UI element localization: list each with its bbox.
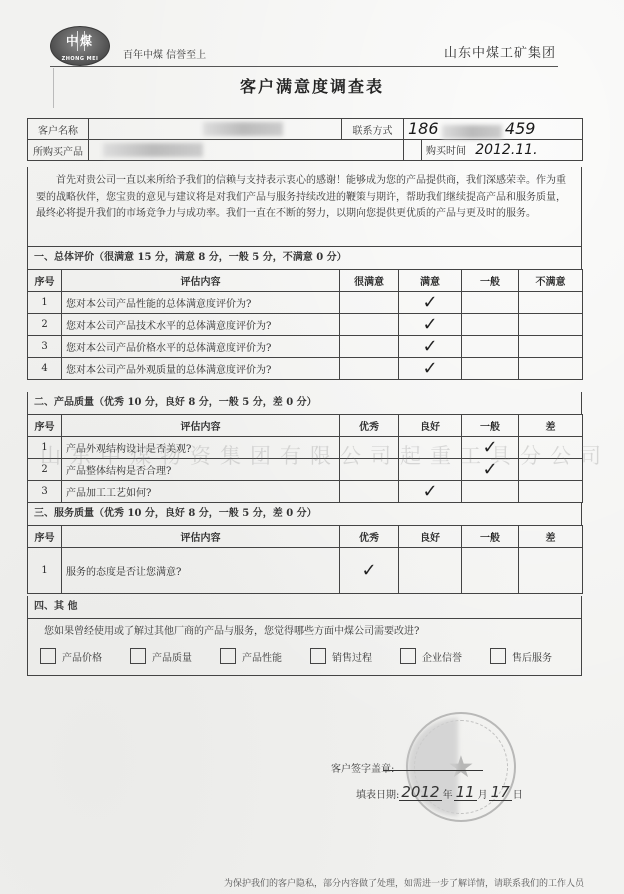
column-header: 评估内容 [62, 526, 340, 548]
signature-label: 客户签字盖章: [331, 760, 394, 775]
column-header: 良好 [399, 415, 462, 437]
rating-cell[interactable]: ✓ [399, 481, 462, 503]
rating-cell[interactable] [462, 292, 519, 314]
logo-zh: 中煤 [51, 32, 109, 49]
section3-header-row: 序号评估内容优秀良好一般差 [28, 526, 583, 548]
service-quality-table: 序号评估内容优秀良好一般差1服务的态度是否让您满意?✓ [27, 525, 583, 594]
section2-header-row: 序号评估内容优秀良好一般差 [28, 415, 583, 437]
checkbox-icon[interactable] [490, 648, 506, 664]
contact-label: 联系方式 [342, 119, 404, 140]
redacted-name [203, 122, 283, 136]
rating-cell[interactable] [519, 358, 583, 380]
option-label: 产品性能 [242, 649, 282, 664]
overall-rating-table: 序号评估内容很满意满意一般不满意1您对本公司产品性能的总体满意度评价为?✓2您对… [27, 269, 583, 380]
row-number: 2 [28, 314, 62, 336]
customer-info-table: 客户名称 联系方式 186 459 所购买产品 购买时间 2012.11. [27, 118, 583, 161]
checkbox-icon[interactable] [400, 648, 416, 664]
table-row: 3您对本公司产品价格水平的总体满意度评价为?✓ [28, 336, 583, 358]
column-header: 一般 [462, 270, 519, 292]
rating-cell[interactable] [519, 481, 583, 503]
improvement-option[interactable]: 产品价格 [40, 648, 130, 664]
improvement-option[interactable]: 销售过程 [310, 648, 400, 664]
check-icon: ✓ [422, 292, 437, 313]
section3-title: 三、服务质量（优秀 10 分，良好 8 分，一般 5 分，差 0 分） [27, 503, 582, 525]
rating-cell[interactable]: ✓ [399, 314, 462, 336]
improvement-option[interactable]: 售后服务 [490, 648, 580, 664]
rating-cell[interactable]: ✓ [399, 292, 462, 314]
contact-suffix: 459 [505, 119, 536, 138]
rating-cell[interactable]: ✓ [399, 336, 462, 358]
rating-cell[interactable]: ✓ [340, 548, 399, 594]
column-header: 良好 [399, 526, 462, 548]
product-row: 所购买产品 购买时间 2012.11. [28, 140, 583, 161]
zhongmei-logo: 中煤 ZHONG MEI [50, 26, 110, 66]
product-value[interactable] [89, 140, 404, 161]
rating-cell[interactable] [340, 314, 399, 336]
purchase-time-label [404, 140, 422, 161]
rating-cell[interactable] [462, 314, 519, 336]
checkbox-icon[interactable] [220, 648, 236, 664]
table-row: 1服务的态度是否让您满意?✓ [28, 548, 583, 594]
customer-name-row: 客户名称 联系方式 186 459 [28, 119, 583, 140]
column-header: 优秀 [340, 415, 399, 437]
purchase-time-value: 2012.11. [475, 142, 537, 158]
month-unit: 月 [478, 786, 488, 801]
purchase-time-label-text: 购买时间 [426, 146, 466, 157]
fill-date: 填表日期: 2012 年 11 月 17 日 [356, 784, 524, 801]
row-number: 3 [28, 481, 62, 503]
option-label: 产品质量 [152, 649, 192, 664]
slogan: 百年中煤 信誉至上 [123, 46, 206, 61]
column-header: 优秀 [340, 526, 399, 548]
document-title: 客户满意度调查表 [0, 74, 624, 97]
section1-title: 一、总体评价（很满意 15 分，满意 8 分，一般 5 分，不满意 0 分） [27, 247, 582, 269]
redacted-seal [408, 718, 458, 816]
watermark: 山东中煤物资集团有限公司起重工具分公司 [40, 440, 610, 470]
question-text: 您对本公司产品价格水平的总体满意度评价为? [62, 336, 340, 358]
checkbox-icon[interactable] [130, 648, 146, 664]
column-header: 一般 [462, 526, 519, 548]
check-icon: ✓ [361, 560, 376, 581]
rating-cell[interactable] [462, 481, 519, 503]
intro-paragraph: 首先对贵公司一直以来所给予我们的信赖与支持表示衷心的感谢！能够成为您的产品提供商… [27, 167, 582, 247]
logo-en: ZHONG MEI [51, 56, 109, 62]
purchase-time-cell[interactable]: 购买时间 2012.11. [422, 140, 583, 161]
contact-prefix: 186 [408, 119, 439, 138]
check-icon: ✓ [422, 336, 437, 357]
question-text: 您对本公司产品技术水平的总体满意度评价为? [62, 314, 340, 336]
improvement-option[interactable]: 产品质量 [130, 648, 220, 664]
rating-cell[interactable]: ✓ [399, 358, 462, 380]
date-year[interactable]: 2012 [399, 784, 441, 801]
privacy-note: 为保护我们的客户隐私，部分内容做了处理，如需进一步了解详情，请联系我们的工作人员 [224, 876, 584, 889]
table-row: 2您对本公司产品技术水平的总体满意度评价为?✓ [28, 314, 583, 336]
row-number: 3 [28, 336, 62, 358]
improvement-option[interactable]: 企业信誉 [400, 648, 490, 664]
redacted-product [103, 143, 203, 157]
checkbox-icon[interactable] [310, 648, 326, 664]
improvement-options: 产品价格产品质量产品性能销售过程企业信誉售后服务 [40, 648, 580, 664]
section2-title: 二、产品质量（优秀 10 分，良好 8 分，一般 5 分，差 0 分） [27, 392, 582, 414]
question-text: 您对本公司产品性能的总体满意度评价为? [62, 292, 340, 314]
column-header: 评估内容 [62, 270, 340, 292]
column-header: 差 [519, 415, 583, 437]
improvement-question: 您如果曾经使用或了解过其他厂商的产品与服务，您觉得哪些方面中煤公司需要改进? [44, 622, 419, 637]
column-header: 一般 [462, 415, 519, 437]
date-day[interactable]: 17 [489, 784, 512, 801]
rating-cell[interactable] [462, 548, 519, 594]
column-header: 序号 [28, 270, 62, 292]
column-header: 序号 [28, 415, 62, 437]
check-icon: ✓ [422, 481, 437, 502]
option-label: 企业信誉 [422, 649, 462, 664]
rating-cell[interactable] [519, 314, 583, 336]
year-unit: 年 [443, 786, 453, 801]
redacted-phone [442, 125, 502, 139]
question-text: 产品加工工艺如何? [62, 481, 340, 503]
row-number: 1 [28, 548, 62, 594]
rating-cell[interactable] [340, 358, 399, 380]
column-header: 序号 [28, 526, 62, 548]
rating-cell[interactable] [519, 292, 583, 314]
column-header: 满意 [399, 270, 462, 292]
rating-cell[interactable] [340, 292, 399, 314]
rating-cell[interactable] [519, 336, 583, 358]
check-icon: ✓ [422, 314, 437, 335]
customer-name-value[interactable] [89, 119, 342, 140]
contact-value[interactable]: 186 459 [404, 119, 583, 140]
column-header: 差 [519, 526, 583, 548]
date-label: 填表日期: [356, 786, 399, 801]
date-month[interactable]: 11 [454, 784, 477, 801]
product-label: 所购买产品 [28, 140, 89, 161]
rating-cell[interactable] [462, 336, 519, 358]
improvement-option[interactable]: 产品性能 [220, 648, 310, 664]
question-text: 服务的态度是否让您满意? [62, 548, 340, 594]
company-name: 山东中煤工矿集团 [444, 42, 556, 61]
rating-cell[interactable] [519, 548, 583, 594]
customer-name-label: 客户名称 [28, 119, 89, 140]
checkbox-icon[interactable] [40, 648, 56, 664]
check-icon: ✓ [422, 358, 437, 379]
signature-field[interactable] [383, 770, 483, 771]
column-header: 不满意 [519, 270, 583, 292]
option-label: 产品价格 [62, 649, 102, 664]
day-unit: 日 [513, 786, 523, 801]
section1-header-row: 序号评估内容很满意满意一般不满意 [28, 270, 583, 292]
header-divider [50, 66, 558, 67]
row-number: 1 [28, 292, 62, 314]
rating-cell[interactable] [340, 481, 399, 503]
rating-cell[interactable] [462, 358, 519, 380]
survey-paper: 中煤 ZHONG MEI 百年中煤 信誉至上 山东中煤工矿集团 客户满意度调查表… [0, 0, 624, 894]
rating-cell[interactable] [399, 548, 462, 594]
table-row: 4您对本公司产品外观质量的总体满意度评价为?✓ [28, 358, 583, 380]
question-text: 您对本公司产品外观质量的总体满意度评价为? [62, 358, 340, 380]
rating-cell[interactable] [340, 336, 399, 358]
column-header: 很满意 [340, 270, 399, 292]
table-row: 1您对本公司产品性能的总体满意度评价为?✓ [28, 292, 583, 314]
option-label: 售后服务 [512, 649, 552, 664]
row-number: 4 [28, 358, 62, 380]
column-header: 评估内容 [62, 415, 340, 437]
option-label: 销售过程 [332, 649, 372, 664]
table-row: 3产品加工工艺如何?✓ [28, 481, 583, 503]
section4-title: 四、其 他 [27, 596, 582, 618]
other-section: 您如果曾经使用或了解过其他厂商的产品与服务，您觉得哪些方面中煤公司需要改进? 产… [27, 618, 582, 676]
